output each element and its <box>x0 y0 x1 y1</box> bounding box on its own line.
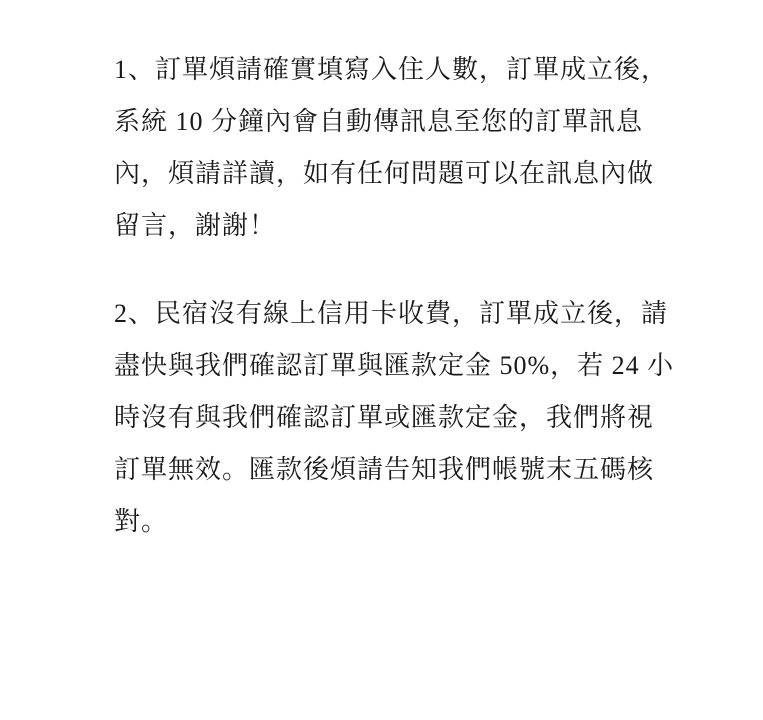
paragraph-1-line-1: 1、訂單煩請確實填寫入住人數，訂單成立後， <box>114 44 684 96</box>
paragraph-1: 1、訂單煩請確實填寫入住人數，訂單成立後， 系統 10 分鐘內會自動傳訊息至您的… <box>114 44 684 252</box>
paragraph-2-line-2: 盡快與我們確認訂單與匯款定金 50%，若 24 小 <box>114 340 684 392</box>
paragraph-1-line-4: 留言，謝謝！ <box>114 200 684 252</box>
paragraph-2-line-5: 對。 <box>114 496 684 548</box>
paragraph-2-line-1: 2、民宿沒有線上信用卡收費，訂單成立後，請 <box>114 288 684 340</box>
document-page: 1、訂單煩請確實填寫入住人數，訂單成立後， 系統 10 分鐘內會自動傳訊息至您的… <box>0 0 763 720</box>
paragraph-1-line-3: 內，煩請詳讀，如有任何問題可以在訊息內做 <box>114 148 684 200</box>
paragraph-2-line-3: 時沒有與我們確認訂單或匯款定金，我們將視 <box>114 392 684 444</box>
paragraph-2: 2、民宿沒有線上信用卡收費，訂單成立後，請 盡快與我們確認訂單與匯款定金 50%… <box>114 288 684 548</box>
booking-notes-text: 1、訂單煩請確實填寫入住人數，訂單成立後， 系統 10 分鐘內會自動傳訊息至您的… <box>114 44 684 548</box>
paragraph-1-line-2: 系統 10 分鐘內會自動傳訊息至您的訂單訊息 <box>114 96 684 148</box>
paragraph-2-line-4: 訂單無效。匯款後煩請告知我們帳號末五碼核 <box>114 444 684 496</box>
